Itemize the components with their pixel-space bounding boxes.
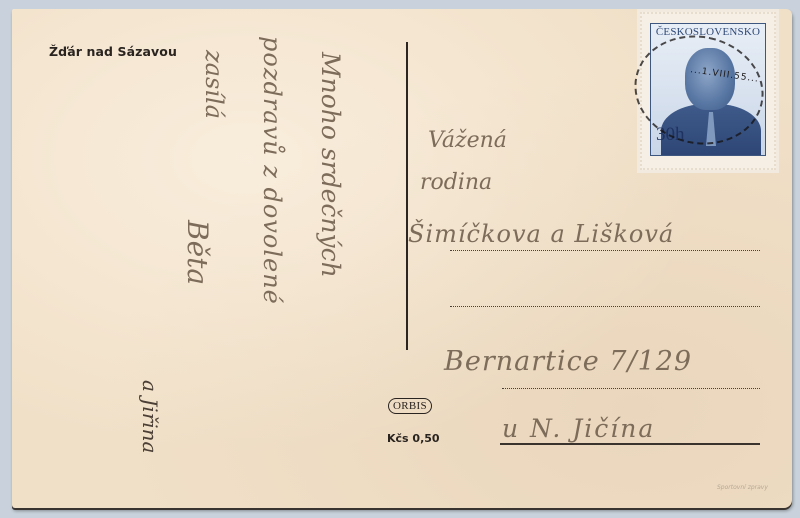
- stamp-printer: J. ŠVENGSBÍR ...: [651, 149, 765, 154]
- address-line-6: u N. Jičína: [502, 414, 655, 443]
- address-line-2: rodina: [420, 170, 492, 195]
- address-line-3: Šimíčkova a Lišková: [408, 220, 674, 248]
- message-line-1: Mnoho srdečných: [316, 52, 345, 278]
- address-rule-2: [450, 306, 760, 307]
- message-line-4: Běta: [181, 220, 214, 285]
- divider-line: [406, 42, 408, 350]
- message-line-2: pozdravů z dovolené: [258, 36, 286, 305]
- address-rule-1: [450, 250, 760, 251]
- address-line-5: Bernartice 7/129: [444, 346, 692, 377]
- address-line-1: Vážená: [428, 128, 507, 153]
- price-label: Kčs 0,50: [387, 432, 440, 445]
- watermark-text: Sportovní zpravy: [717, 484, 768, 491]
- address-rule-4: [500, 443, 760, 445]
- message-line-5: a Jiřina: [138, 380, 162, 453]
- place-caption: Žďár nad Sázavou: [49, 44, 177, 59]
- publisher-logo: ORBIS: [388, 398, 432, 414]
- message-line-3: zasílá: [200, 50, 228, 119]
- address-rule-3: [502, 388, 760, 389]
